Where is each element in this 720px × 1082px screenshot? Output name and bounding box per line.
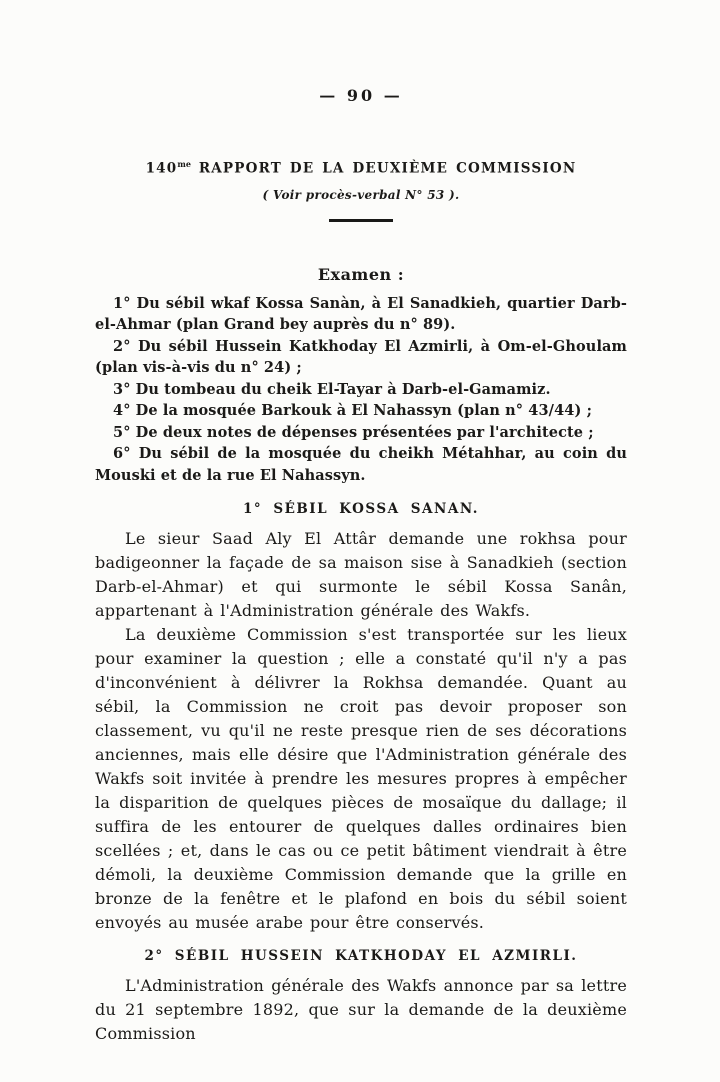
section-heading-sebil-hussein-katkhoday: 2° SÉBIL HUSSEIN KATKHODAY EL AZMIRLI.	[95, 948, 627, 964]
report-title: 140me RAPPORT DE LA DEUXIÈME COMMISSION	[95, 159, 627, 177]
section-heading-sebil-kossa-sanan: 1° SÉBIL KOSSA SANAN.	[95, 501, 627, 517]
examen-item: 4° De la mosquée Barkouk à El Nahassyn (…	[95, 400, 627, 422]
examen-item: 5° De deux notes de dépenses présentées …	[95, 422, 627, 444]
report-subtitle: ( Voir procès-verbal N° 53 ).	[95, 188, 627, 202]
scanned-document-page: — 90 — 140me RAPPORT DE LA DEUXIÈME COMM…	[0, 0, 720, 1082]
report-title-text: RAPPORT DE LA DEUXIÈME COMMISSION	[199, 161, 577, 177]
examen-item-list: 1° Du sébil wkaf Kossa Sanàn, à El Sanad…	[95, 293, 627, 487]
examen-item: 6° Du sébil de la mosquée du cheikh Méta…	[95, 443, 627, 486]
report-title-number: 140	[146, 161, 178, 177]
section-paragraph: Le sieur Saad Aly El Attâr demande une r…	[95, 527, 627, 623]
section-paragraph: L'Administration générale des Wakfs anno…	[95, 974, 627, 1046]
examen-item: 1° Du sébil wkaf Kossa Sanàn, à El Sanad…	[95, 293, 627, 336]
text-column: — 90 — 140me RAPPORT DE LA DEUXIÈME COMM…	[95, 0, 627, 1046]
examen-item: 2° Du sébil Hussein Katkhoday El Azmirli…	[95, 336, 627, 379]
report-title-ordinal-suffix: me	[177, 159, 191, 169]
examen-heading: Examen :	[95, 265, 627, 284]
horizontal-rule	[329, 219, 393, 222]
page-number: — 90 —	[95, 86, 627, 105]
section-paragraph: La deuxième Commission s'est transportée…	[95, 623, 627, 935]
examen-item: 3° Du tombeau du cheik El-Tayar à Darb-e…	[95, 379, 627, 401]
